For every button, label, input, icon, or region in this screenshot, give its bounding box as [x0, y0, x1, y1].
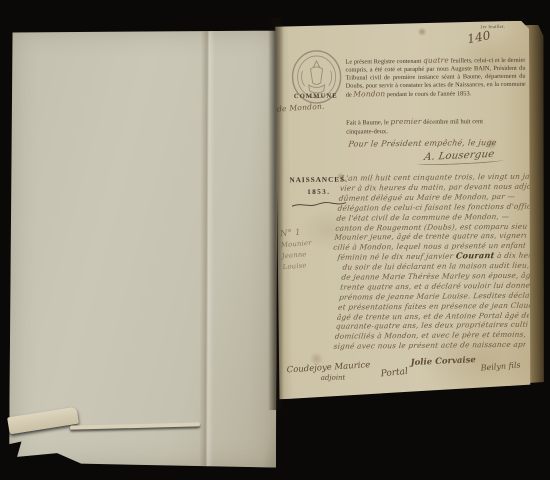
fait-text: Fait à Baume, le: [346, 119, 389, 126]
signature-witness-1: Portal: [380, 367, 408, 380]
signature-declarant: Jolie Corvaise: [410, 355, 476, 368]
judge-signature: A. Lousergue: [423, 149, 495, 163]
commune-label: COMMUNE: [284, 93, 348, 101]
courant-word: Courant: [455, 251, 495, 261]
commune-name-inline-handwritten: Mondon: [353, 90, 385, 99]
paper-stain: [417, 28, 427, 36]
fait-text: décembre mil huit cent: [423, 118, 483, 126]
page-crease: [199, 30, 215, 467]
fait-text: cinquante-deux.: [346, 128, 388, 135]
preamble-closing: pendant le cours de l'année 1853.: [387, 91, 471, 99]
act-line: signé avec nous le présent acte de naiss…: [333, 340, 526, 352]
signature-adjoint-title: adjoint: [321, 374, 346, 382]
preamble-text: Le présent Registre contenant: [345, 58, 421, 66]
act-line-text: à dix heures: [494, 251, 530, 260]
folio-paraph-handwritten: 140: [466, 28, 492, 46]
act-line-text: féminin né le dix neuf janvier: [337, 252, 456, 262]
binding-gutter-shadow: [268, 18, 284, 410]
signature-row: Coudejoye Maurice adjoint Portal Jolie C…: [275, 21, 530, 24]
margin-annotation: N° 1 MounierJeanneLouise: [280, 225, 339, 273]
sheet-count-handwritten: quatre: [423, 56, 449, 65]
birth-act-handwritten: L'an mil huit cent cinquante trois, le v…: [337, 172, 531, 352]
signature-witness-2: Beilyn fils: [480, 360, 521, 372]
scanned-register-photo: { "doc": { "folio_label": "1er feuillet.…: [0, 0, 550, 480]
day-handwritten: premier: [390, 117, 421, 126]
register-recto-page: 1er feuillet. 140 COMMUNE de Mondon. Le …: [275, 21, 534, 400]
act-lines-after: du soir de lui déclarant en la maison au…: [333, 261, 535, 352]
preamble-de: de: [346, 92, 352, 99]
margin-lines: MounierJeanneLouise: [281, 236, 339, 273]
act-lines-before: L'an mil huit cent cinquante trois, le v…: [333, 172, 534, 253]
register-preamble: Le présent Registre contenant quatre feu…: [345, 56, 525, 100]
delegation-note-handwritten: Pour le Président empêché, le juge: [348, 138, 498, 149]
blank-verso-page: [9, 29, 278, 467]
fait-a-baume-line: Fait à Baume, le premier décembre mil hu…: [346, 117, 526, 137]
